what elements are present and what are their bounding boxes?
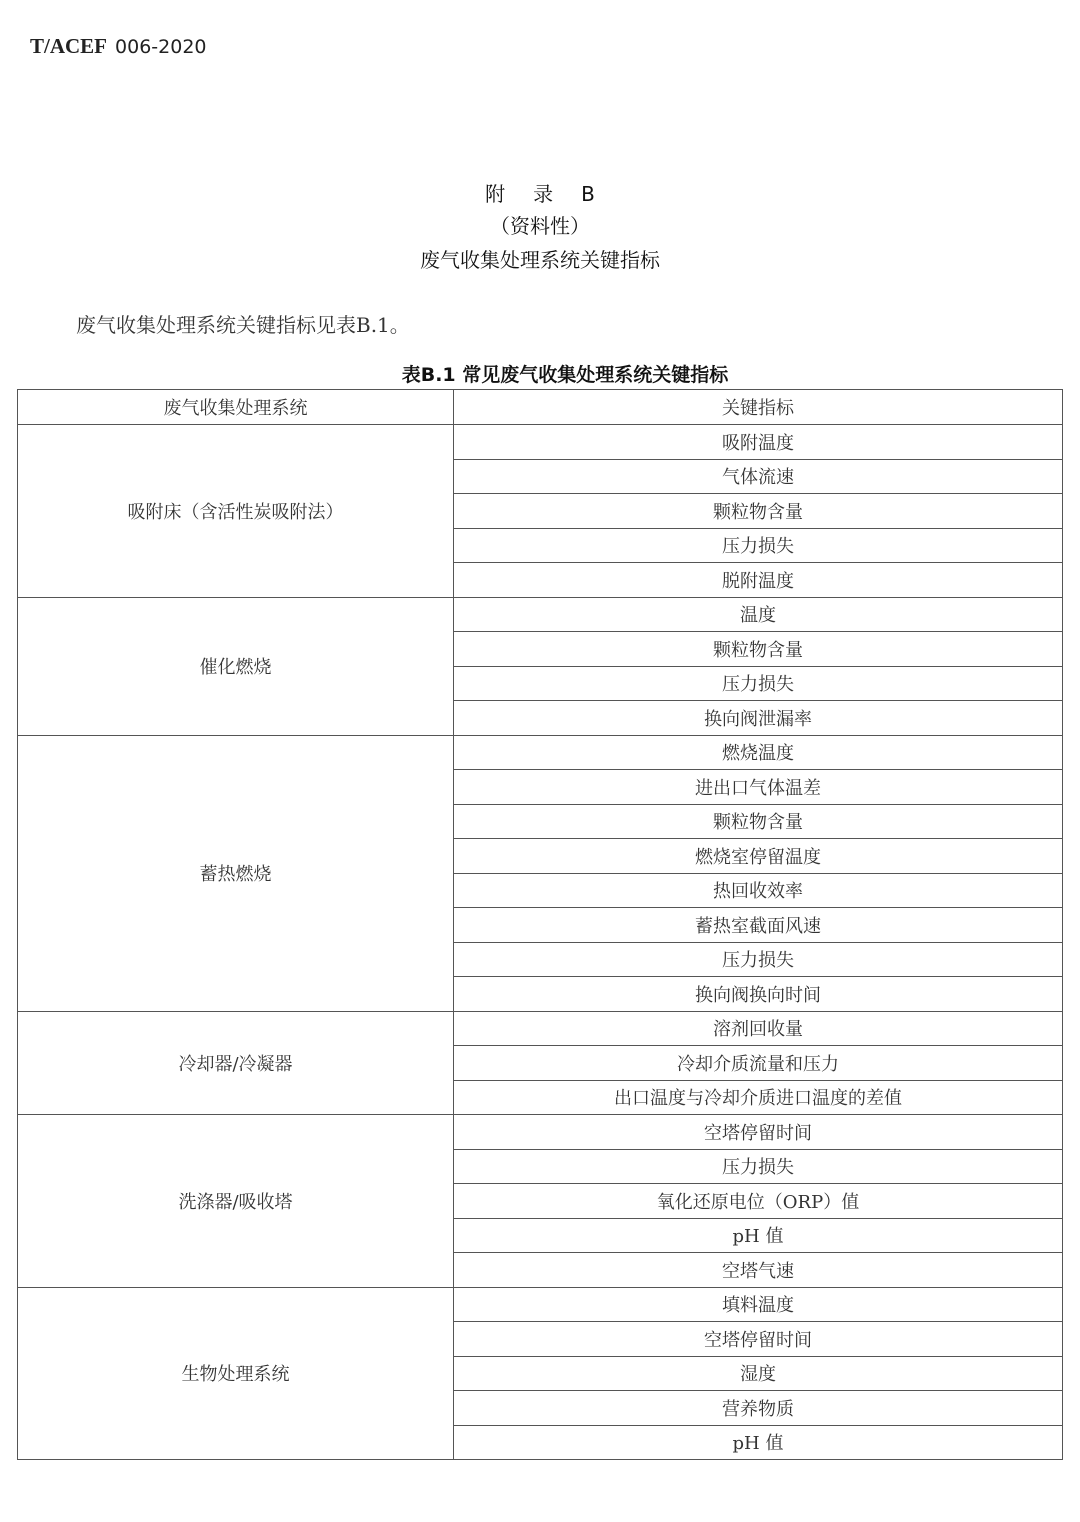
appendix-title: 附录B <box>0 178 1080 207</box>
indicator-cell: 颗粒物含量 <box>454 804 1063 839</box>
indicator-cell: 压力损失 <box>454 942 1063 977</box>
indicator-cell: 换向阀泄漏率 <box>454 701 1063 736</box>
indicator-cell: 空塔气速 <box>454 1253 1063 1288</box>
standard-number: 006-2020 <box>115 36 206 58</box>
indicators-table: 废气收集处理系统 关键指标 吸附床（含活性炭吸附法）吸附温度气体流速颗粒物含量压… <box>17 389 1063 1460</box>
indicator-cell: pH 值 <box>454 1425 1063 1460</box>
standard-org-code: T/ACEF <box>30 34 107 58</box>
table-row: 生物处理系统填料温度 <box>18 1287 1063 1322</box>
indicator-cell: 热回收效率 <box>454 873 1063 908</box>
indicator-cell: 进出口气体温差 <box>454 770 1063 805</box>
indicator-cell: 燃烧温度 <box>454 735 1063 770</box>
appendix-title-part: B <box>581 182 595 206</box>
indicator-cell: 空塔停留时间 <box>454 1115 1063 1150</box>
indicator-cell: 吸附温度 <box>454 425 1063 460</box>
appendix-nature: （资料性） <box>0 210 1080 239</box>
indicator-cell: 压力损失 <box>454 1149 1063 1184</box>
indicator-cell: 换向阀换向时间 <box>454 977 1063 1012</box>
system-cell: 蓄热燃烧 <box>18 735 454 1011</box>
intro-paragraph: 废气收集处理系统关键指标见表B.1。 <box>76 309 410 338</box>
indicator-cell: 营养物质 <box>454 1391 1063 1426</box>
table-row: 蓄热燃烧燃烧温度 <box>18 735 1063 770</box>
system-cell: 冷却器/冷凝器 <box>18 1011 454 1115</box>
indicator-cell: 压力损失 <box>454 666 1063 701</box>
system-cell: 洗涤器/吸收塔 <box>18 1115 454 1288</box>
column-header-system: 废气收集处理系统 <box>18 390 454 425</box>
indicator-cell: 氧化还原电位（ORP）值 <box>454 1184 1063 1219</box>
indicator-cell: 溶剂回收量 <box>454 1011 1063 1046</box>
table-row: 洗涤器/吸收塔空塔停留时间 <box>18 1115 1063 1150</box>
table-row: 吸附床（含活性炭吸附法）吸附温度 <box>18 425 1063 460</box>
table-row: 冷却器/冷凝器溶剂回收量 <box>18 1011 1063 1046</box>
indicator-cell: 脱附温度 <box>454 563 1063 598</box>
indicator-cell: 燃烧室停留温度 <box>454 839 1063 874</box>
appendix-title-part: 录 <box>533 178 553 207</box>
indicator-cell: 填料温度 <box>454 1287 1063 1322</box>
indicator-cell: 湿度 <box>454 1356 1063 1391</box>
indicator-cell: 蓄热室截面风速 <box>454 908 1063 943</box>
indicator-cell: 出口温度与冷却介质进口温度的差值 <box>454 1080 1063 1115</box>
indicator-cell: 气体流速 <box>454 459 1063 494</box>
table-body: 吸附床（含活性炭吸附法）吸附温度气体流速颗粒物含量压力损失脱附温度催化燃烧温度颗… <box>18 425 1063 1460</box>
indicator-cell: 空塔停留时间 <box>454 1322 1063 1357</box>
system-cell: 吸附床（含活性炭吸附法） <box>18 425 454 598</box>
indicator-cell: pH 值 <box>454 1218 1063 1253</box>
standard-code: T/ACEF006-2020 <box>30 34 207 59</box>
table-row: 催化燃烧温度 <box>18 597 1063 632</box>
appendix-title-part: 附 <box>485 178 505 207</box>
appendix-subject: 废气收集处理系统关键指标 <box>0 244 1080 273</box>
column-header-indicator: 关键指标 <box>454 390 1063 425</box>
indicator-cell: 冷却介质流量和压力 <box>454 1046 1063 1081</box>
indicator-cell: 压力损失 <box>454 528 1063 563</box>
system-cell: 催化燃烧 <box>18 597 454 735</box>
indicator-cell: 颗粒物含量 <box>454 632 1063 667</box>
indicator-cell: 温度 <box>454 597 1063 632</box>
table-caption: 表B.1 常见废气收集处理系统关键指标 <box>0 360 1080 387</box>
indicator-cell: 颗粒物含量 <box>454 494 1063 529</box>
system-cell: 生物处理系统 <box>18 1287 454 1460</box>
table-header-row: 废气收集处理系统 关键指标 <box>18 390 1063 425</box>
